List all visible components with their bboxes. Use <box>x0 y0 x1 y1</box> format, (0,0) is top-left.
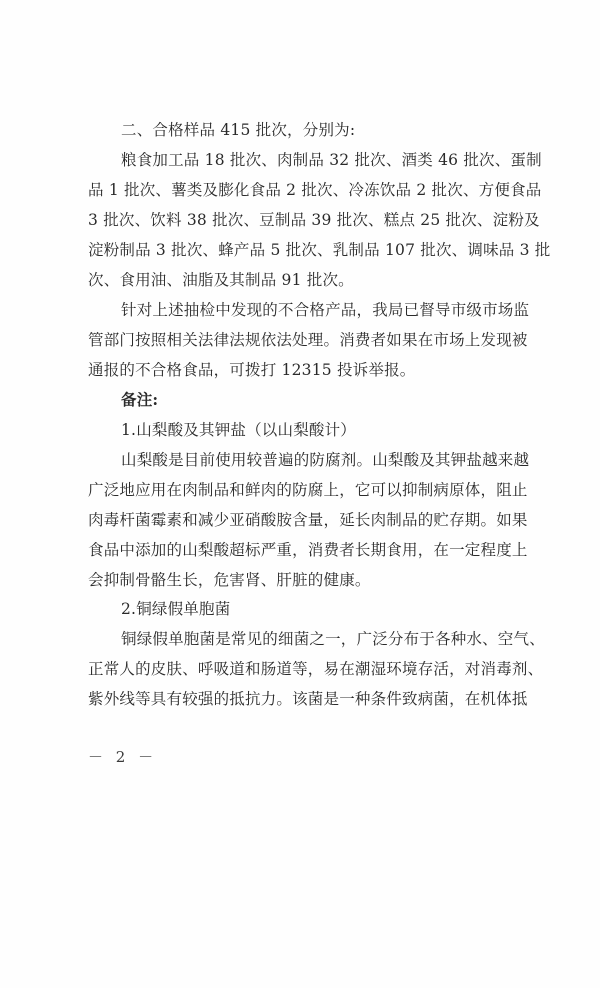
note-1-text-line: 广泛地应用在肉制品和鲜肉的防腐上，它可以抑制病原体，阻止 <box>88 478 525 502</box>
note-1-text-line: 肉毒杆菌霉素和减少亚硝酸胺含量，延长肉制品的贮存期。如果 <box>88 508 525 532</box>
page-number: － 2 － <box>88 747 157 767</box>
handling-text-line: 管部门按照相关法律法规依法处理。消费者如果在市场上发现被 <box>88 328 525 352</box>
document-page: 二、合格样品 415 批次，分别为: 粮食加工品 18 批次、肉制品 32 批次… <box>0 0 600 988</box>
qualified-text-line: 品 1 批次、薯类及膨化食品 2 批次、冷冻饮品 2 批次、方便食品 <box>88 178 525 202</box>
section-heading-qualified: 二、合格样品 415 批次，分别为: <box>121 118 525 142</box>
qualified-text-line: 粮食加工品 18 批次、肉制品 32 批次、酒类 46 批次、蛋制 <box>121 148 525 172</box>
note-2-text-line: 正常人的皮肤、呼吸道和肠道等，易在潮湿环境存活，对消毒剂、 <box>88 657 525 681</box>
qualified-text-line: 次、食用油、油脂及其制品 91 批次。 <box>88 268 525 292</box>
qualified-text-line: 3 批次、饮料 38 批次、豆制品 39 批次、糕点 25 批次、淀粉及 <box>88 208 525 232</box>
note-1-text-line: 食品中添加的山梨酸超标严重，消费者长期食用，在一定程度上 <box>88 538 525 562</box>
handling-text-line: 通报的不合格食品，可拨打 12315 投诉举报。 <box>88 358 525 382</box>
note-2-text-line: 铜绿假单胞菌是常见的细菌之一，广泛分布于各种水、空气、 <box>121 627 525 651</box>
note-1-text-line: 会抑制骨骼生长，危害肾、肝脏的健康。 <box>88 568 525 592</box>
note-1-heading: 1.山梨酸及其钾盐（以山梨酸计） <box>121 418 525 442</box>
notes-title: 备注: <box>121 388 525 412</box>
handling-text-line: 针对上述抽检中发现的不合格产品，我局已督导市级市场监 <box>121 298 525 322</box>
note-2-text-line: 紫外线等具有较强的抵抗力。该菌是一种条件致病菌，在机体抵 <box>88 687 525 711</box>
qualified-text-line: 淀粉制品 3 批次、蜂产品 5 批次、乳制品 107 批次、调味品 3 批 <box>88 238 525 262</box>
note-1-text-line: 山梨酸是目前使用较普遍的防腐剂。山梨酸及其钾盐越来越 <box>121 448 525 472</box>
note-2-heading: 2.铜绿假单胞菌 <box>121 597 525 621</box>
